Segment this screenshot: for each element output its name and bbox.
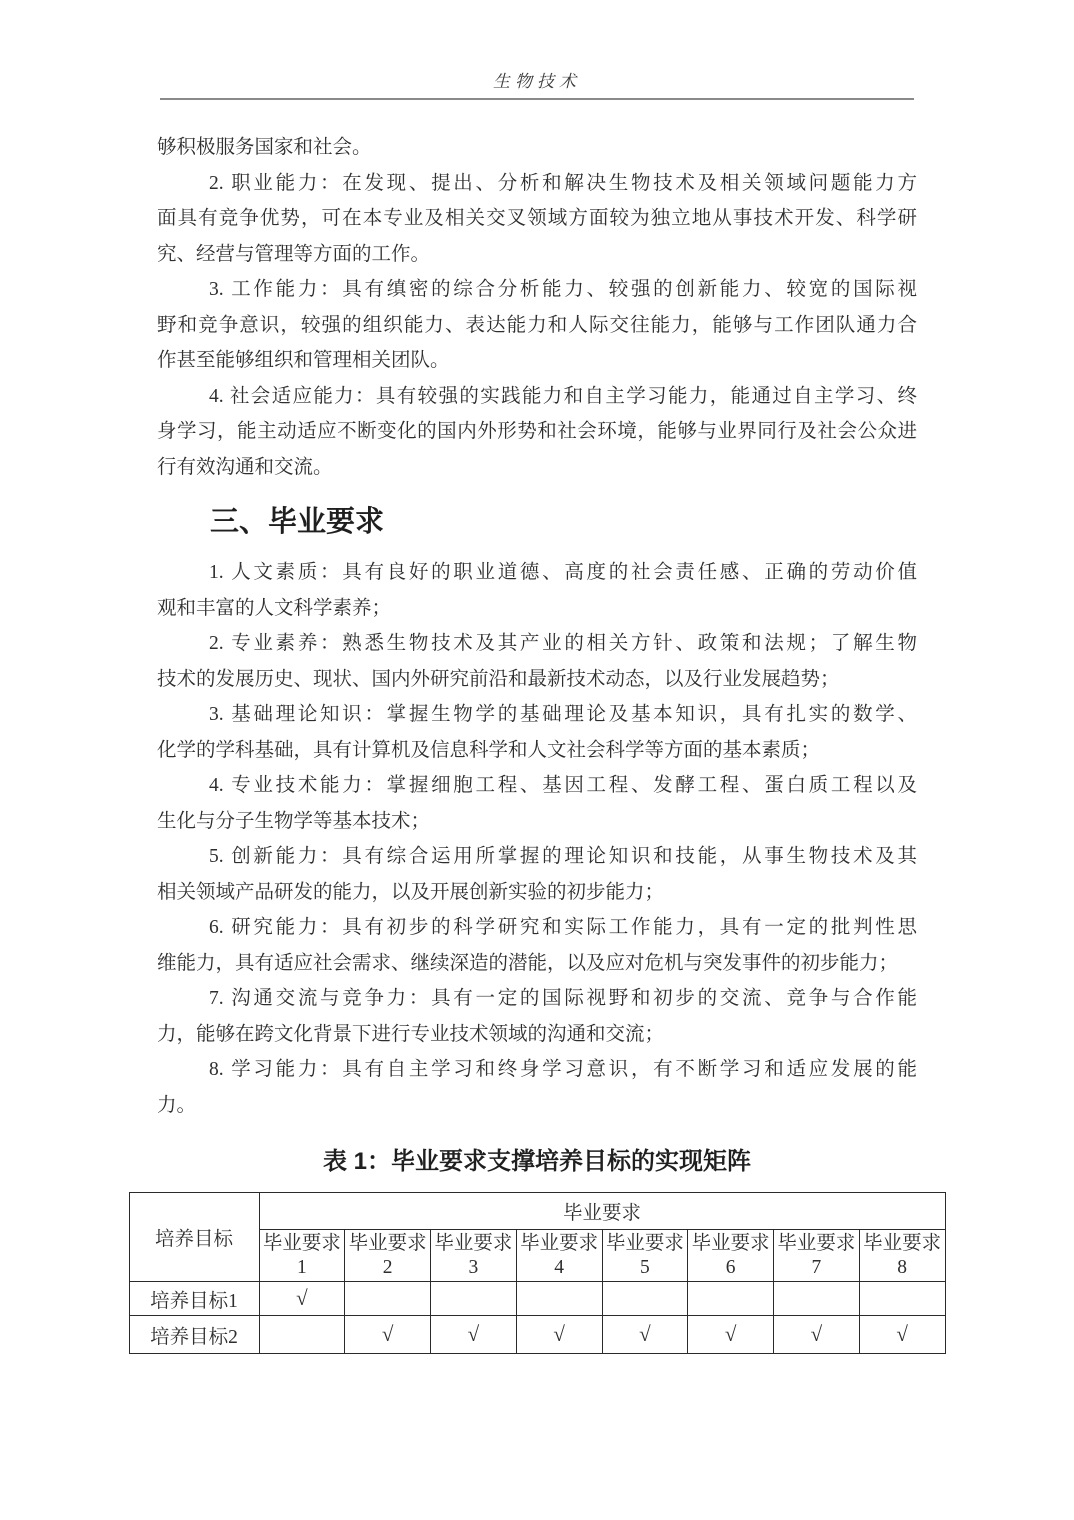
subheader-label: 毕业要求 <box>860 1232 945 1256</box>
paragraph-line: 野和竞争意识，较强的组织能力、表达能力和人际交往能力，能够与工作团队通力合 <box>157 308 917 344</box>
table-row: 培养目标1 √ <box>129 1282 945 1316</box>
matrix-cell: √ <box>516 1316 602 1354</box>
corner-header-cell: 培养目标 <box>129 1193 259 1282</box>
subheader-cell-1: 毕业要求1 <box>259 1230 345 1282</box>
subheader-cell-2: 毕业要求2 <box>345 1230 431 1282</box>
paragraph-line: 作甚至能够组织和管理相关团队。 <box>157 343 917 379</box>
subheader-label: 毕业要求 <box>345 1232 430 1256</box>
table-row: 培养目标2 √ √ √ √ √ √ √ <box>129 1316 945 1354</box>
document-page: { "header": { "title": "生物技术" }, "docume… <box>0 0 1074 1520</box>
paragraph: 4. 专业技术能力：掌握细胞工程、基因工程、发酵工程、蛋白质工程以及生化与分子生… <box>157 768 917 839</box>
matrix-cell <box>516 1282 602 1316</box>
matrix-cell: √ <box>859 1316 945 1354</box>
subheader-cell-5: 毕业要求5 <box>602 1230 688 1282</box>
paragraph: 5. 创新能力：具有综合运用所掌握的理论知识和技能，从事生物技术及其相关领域产品… <box>157 839 917 910</box>
subheader-number: 5 <box>603 1256 688 1280</box>
matrix-cell <box>259 1316 345 1354</box>
paragraph: 2. 职业能力：在发现、提出、分析和解决生物技术及相关领域问题能力方面具有竞争优… <box>157 166 917 273</box>
paragraph-line: 生化与分子生物学等基本技术； <box>157 804 917 840</box>
matrix-cell <box>774 1282 860 1316</box>
paragraph-line: 维能力，具有适应社会需求、继续深造的潜能，以及应对危机与突发事件的初步能力； <box>157 946 917 982</box>
paragraph-group-graduation-requirements: 1. 人文素质：具有良好的职业道德、高度的社会责任感、正确的劳动价值观和丰富的人… <box>157 555 917 1123</box>
matrix-table: 培养目标 毕业要求 毕业要求1 毕业要求2 毕业要求3 毕业要求4 毕业要求5 … <box>129 1192 946 1354</box>
matrix-cell: √ <box>602 1316 688 1354</box>
paragraph: 3. 工作能力：具有缜密的综合分析能力、较强的创新能力、较宽的国际视野和竞争意识… <box>157 272 917 379</box>
subheader-label: 毕业要求 <box>688 1232 773 1256</box>
paragraph: 4. 社会适应能力：具有较强的实践能力和自主学习能力，能通过自主学习、终身学习，… <box>157 379 917 486</box>
paragraph-line: 3. 工作能力：具有缜密的综合分析能力、较强的创新能力、较宽的国际视 <box>157 272 917 308</box>
matrix-cell: √ <box>774 1316 860 1354</box>
paragraph: 够积极服务国家和社会。 <box>157 130 917 166</box>
paragraph: 6. 研究能力：具有初步的科学研究和实际工作能力，具有一定的批判性思维能力，具有… <box>157 910 917 981</box>
paragraph-line: 力。 <box>157 1088 917 1124</box>
paragraph-line: 5. 创新能力：具有综合运用所掌握的理论知识和技能，从事生物技术及其 <box>157 839 917 875</box>
subheader-number: 1 <box>260 1256 345 1280</box>
section-heading: 三、毕业要求 <box>157 502 917 542</box>
matrix-cell <box>602 1282 688 1316</box>
paragraph-line: 化学的学科基础，具有计算机及信息科学和人文社会科学等方面的基本素质； <box>157 733 917 769</box>
subheader-number: 8 <box>860 1256 945 1280</box>
paragraph-line: 3. 基础理论知识：掌握生物学的基础理论及基本知识，具有扎实的数学、 <box>157 697 917 733</box>
paragraph-line: 面具有竞争优势，可在本专业及相关交叉领域方面较为独立地从事技术开发、科学研 <box>157 201 917 237</box>
paragraph-line: 8. 学习能力：具有自主学习和终身学习意识，有不断学习和适应发展的能 <box>157 1052 917 1088</box>
subheader-number: 3 <box>431 1256 516 1280</box>
subheader-cell-4: 毕业要求4 <box>516 1230 602 1282</box>
paragraph-line: 1. 人文素质：具有良好的职业道德、高度的社会责任感、正确的劳动价值 <box>157 555 917 591</box>
subheader-cell-3: 毕业要求3 <box>431 1230 517 1282</box>
paragraph: 2. 专业素养：熟悉生物技术及其产业的相关方针、政策和法规；了解生物技术的发展历… <box>157 626 917 697</box>
paragraph-line: 4. 专业技术能力：掌握细胞工程、基因工程、发酵工程、蛋白质工程以及 <box>157 768 917 804</box>
paragraph-line: 6. 研究能力：具有初步的科学研究和实际工作能力，具有一定的批判性思 <box>157 910 917 946</box>
subheader-cell-7: 毕业要求7 <box>774 1230 860 1282</box>
subheader-label: 毕业要求 <box>431 1232 516 1256</box>
paragraph-line: 2. 职业能力：在发现、提出、分析和解决生物技术及相关领域问题能力方 <box>157 166 917 202</box>
subheader-cell-6: 毕业要求6 <box>688 1230 774 1282</box>
matrix-cell <box>431 1282 517 1316</box>
paragraph: 7. 沟通交流与竞争力：具有一定的国际视野和初步的交流、竞争与合作能力，能够在跨… <box>157 981 917 1052</box>
matrix-cell <box>688 1282 774 1316</box>
matrix-cell: √ <box>259 1282 345 1316</box>
subheader-label: 毕业要求 <box>774 1232 859 1256</box>
paragraph: 1. 人文素质：具有良好的职业道德、高度的社会责任感、正确的劳动价值观和丰富的人… <box>157 555 917 626</box>
paragraph-line: 力，能够在跨文化背景下进行专业技术领域的沟通和交流； <box>157 1017 917 1053</box>
paragraph-line: 技术的发展历史、现状、国内外研究前沿和最新技术动态，以及行业发展趋势； <box>157 662 917 698</box>
paragraph-line: 身学习，能主动适应不断变化的国内外形势和社会环境，能够与业界同行及社会公众进 <box>157 414 917 450</box>
subheader-cell-8: 毕业要求8 <box>859 1230 945 1282</box>
subheader-label: 毕业要求 <box>260 1232 345 1256</box>
row-label-cell: 培养目标1 <box>129 1282 259 1316</box>
subheader-label: 毕业要求 <box>603 1232 688 1256</box>
table-section: 表 1：毕业要求支撑培养目标的实现矩阵 培养目标 毕业要求 毕业要求1 毕业要求… <box>0 1145 1074 1354</box>
subheader-number: 4 <box>517 1256 602 1280</box>
paragraph-line: 7. 沟通交流与竞争力：具有一定的国际视野和初步的交流、竞争与合作能 <box>157 981 917 1017</box>
subheader-number: 6 <box>688 1256 773 1280</box>
paragraph-line: 2. 专业素养：熟悉生物技术及其产业的相关方针、政策和法规；了解生物 <box>157 626 917 662</box>
table-header-row-group: 培养目标 毕业要求 <box>129 1193 945 1230</box>
group-header-cell: 毕业要求 <box>259 1193 945 1230</box>
matrix-cell: √ <box>431 1316 517 1354</box>
paragraph-line: 够积极服务国家和社会。 <box>157 130 917 166</box>
subheader-label: 毕业要求 <box>517 1232 602 1256</box>
table-caption: 表 1：毕业要求支撑培养目标的实现矩阵 <box>0 1145 1074 1178</box>
paragraph-line: 相关领域产品研发的能力，以及开展创新实验的初步能力； <box>157 875 917 911</box>
paragraph-group-training-objectives: 够积极服务国家和社会。2. 职业能力：在发现、提出、分析和解决生物技术及相关领域… <box>157 130 917 485</box>
row-label-cell: 培养目标2 <box>129 1316 259 1354</box>
paragraph-line: 观和丰富的人文科学素养； <box>157 591 917 627</box>
matrix-cell <box>345 1282 431 1316</box>
paragraph-line: 4. 社会适应能力：具有较强的实践能力和自主学习能力，能通过自主学习、终 <box>157 379 917 415</box>
matrix-cell: √ <box>345 1316 431 1354</box>
document-body: 够积极服务国家和社会。2. 职业能力：在发现、提出、分析和解决生物技术及相关领域… <box>157 100 917 1123</box>
paragraph: 8. 学习能力：具有自主学习和终身学习意识，有不断学习和适应发展的能力。 <box>157 1052 917 1123</box>
page-header: 生物技术 <box>0 0 1074 100</box>
matrix-cell <box>859 1282 945 1316</box>
paragraph-line: 行有效沟通和交流。 <box>157 450 917 486</box>
running-header-title: 生物技术 <box>0 72 1074 92</box>
paragraph: 3. 基础理论知识：掌握生物学的基础理论及基本知识，具有扎实的数学、化学的学科基… <box>157 697 917 768</box>
subheader-number: 2 <box>345 1256 430 1280</box>
subheader-number: 7 <box>774 1256 859 1280</box>
matrix-cell: √ <box>688 1316 774 1354</box>
paragraph-line: 究、经营与管理等方面的工作。 <box>157 237 917 273</box>
